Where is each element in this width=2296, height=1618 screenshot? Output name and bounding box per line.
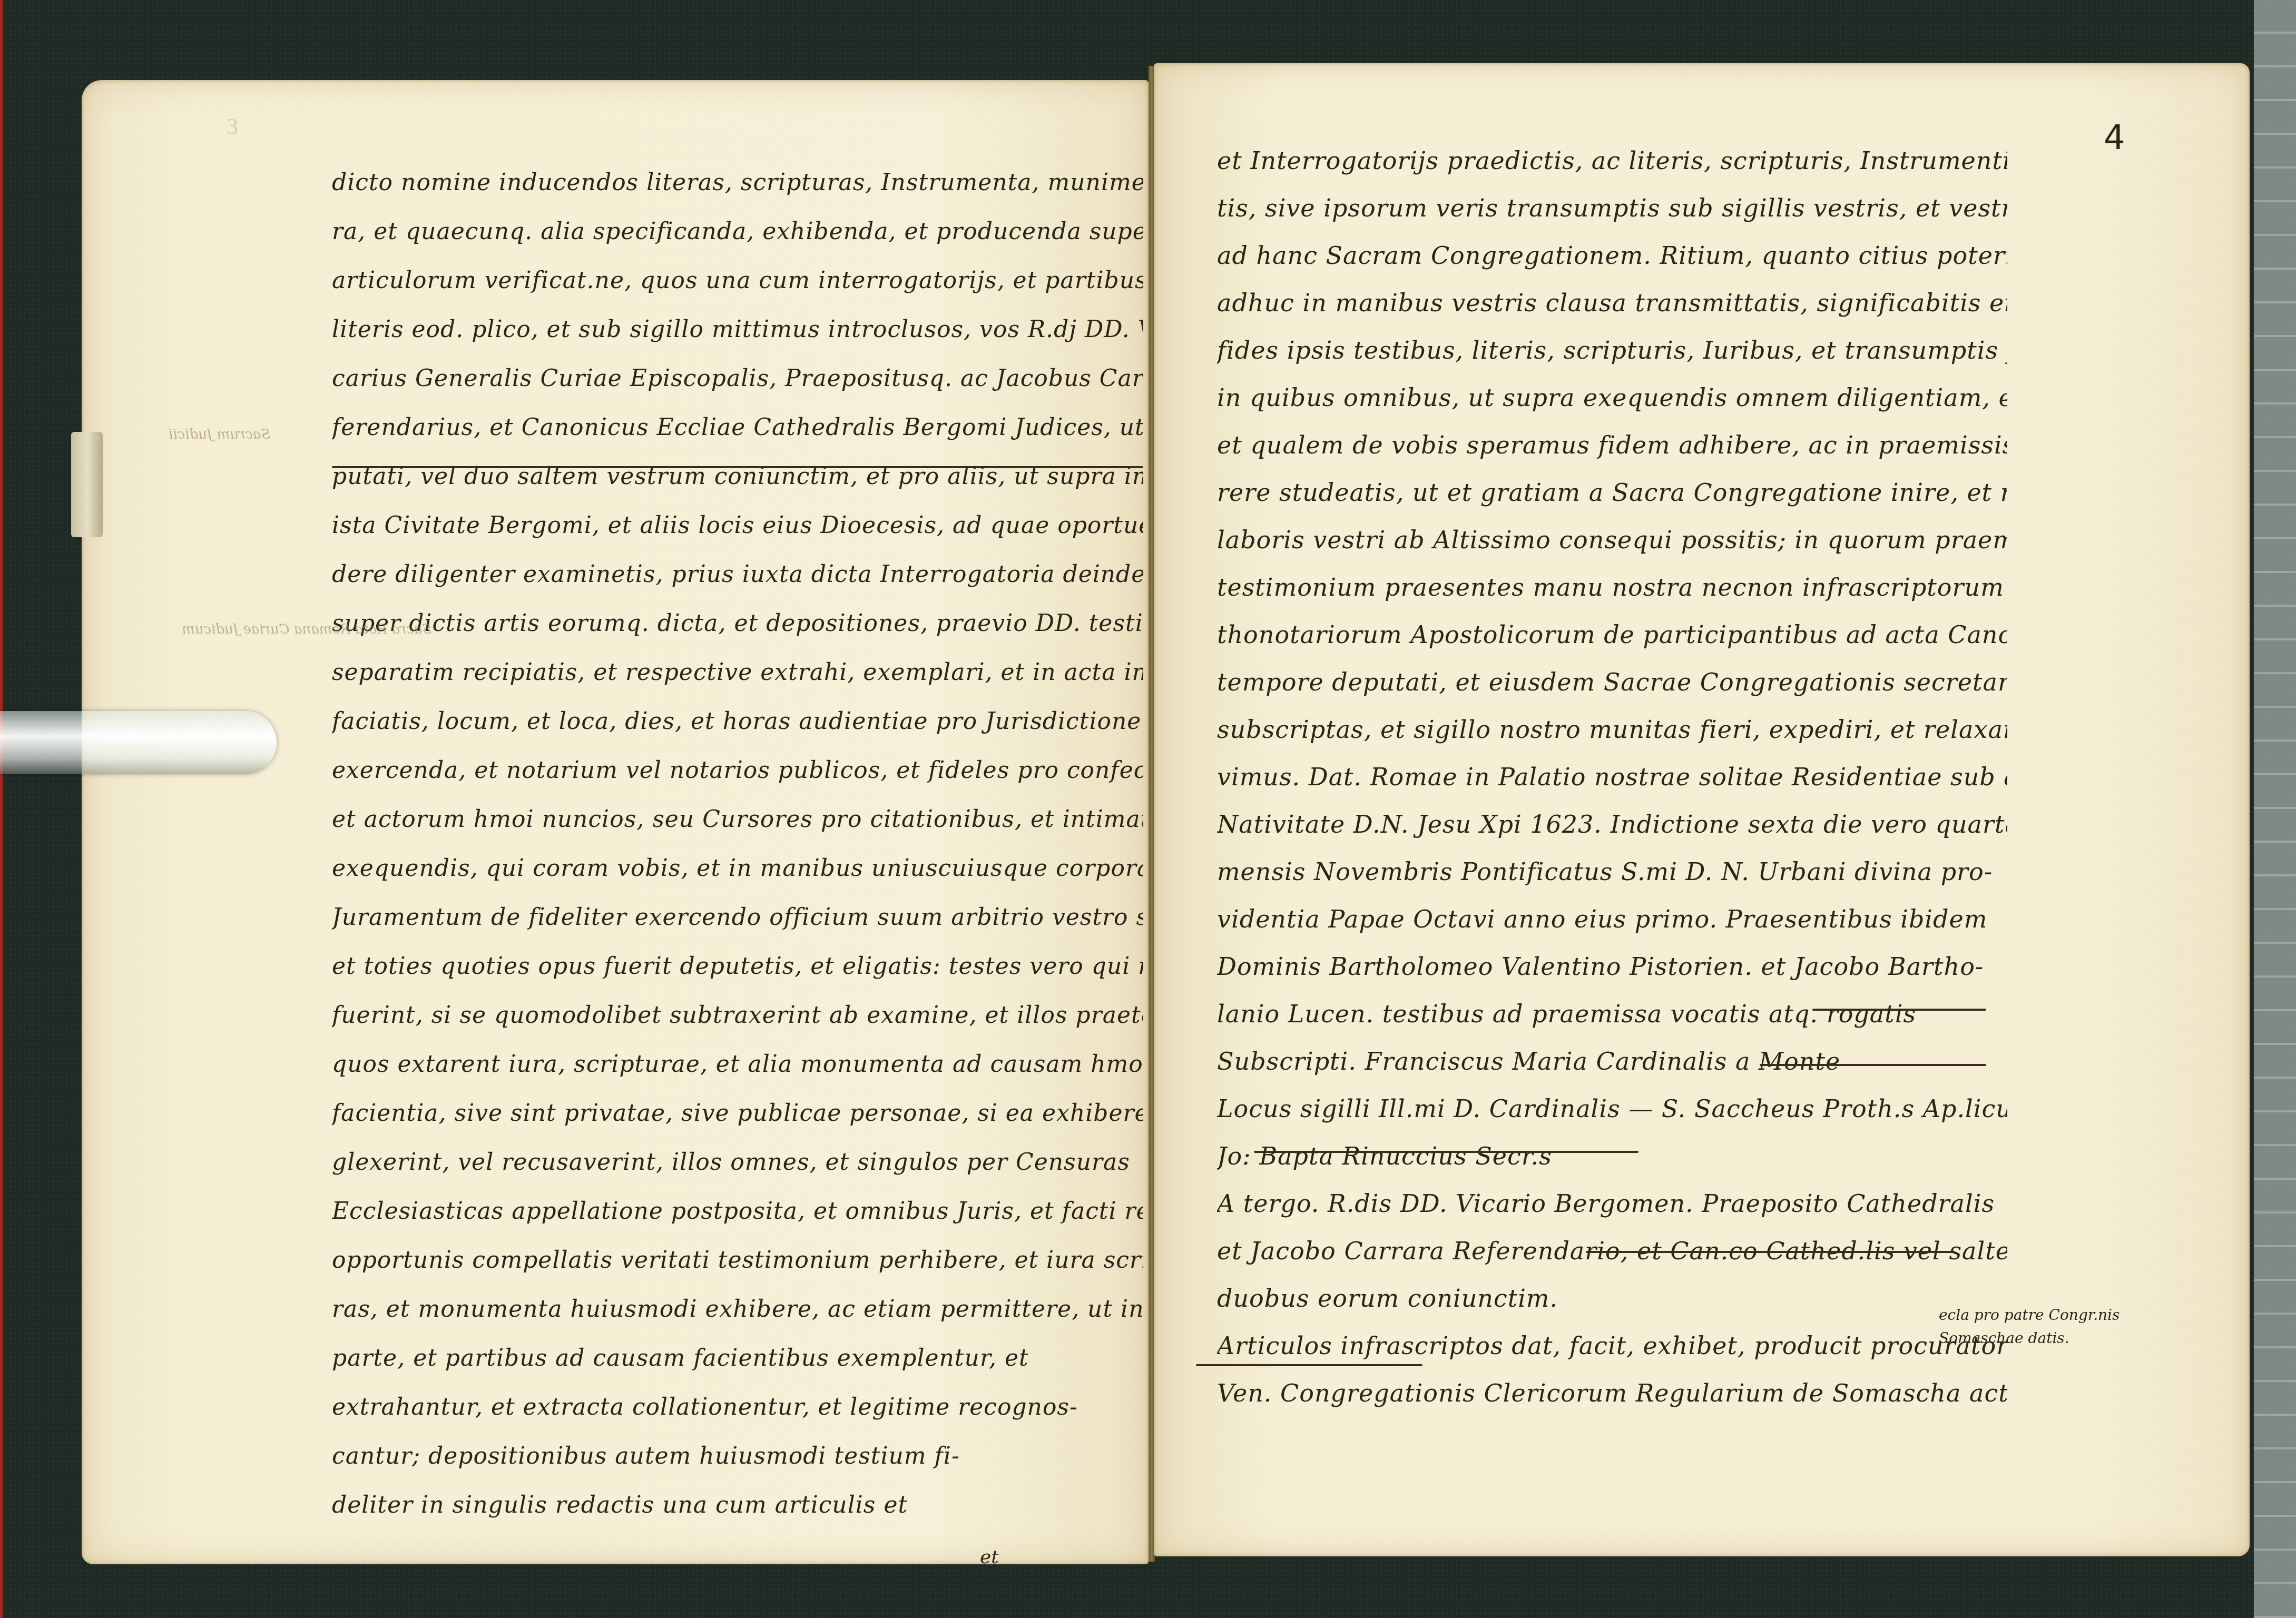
underline-rule: [332, 466, 1143, 468]
manuscript-line: videntia Papae Octavi anno eius primo. P…: [1217, 895, 2007, 943]
manuscript-line: Nativitate D.N. Jesu Xpi 1623. Indiction…: [1217, 801, 2007, 848]
manuscript-line: dere diligenter examinetis, prius iuxta …: [332, 550, 1143, 599]
flourish-rule: [1812, 1009, 1986, 1011]
manuscript-line: in quibus omnibus, ut supra exequendis o…: [1217, 374, 2007, 421]
flourish-rule: [1586, 1251, 1955, 1253]
catchword: et: [980, 1546, 999, 1569]
margin-note-bleedthrough: Sacrum Judicii: [169, 427, 270, 442]
manuscript-line: Juramentum de fideliter exercendo offici…: [332, 893, 1143, 942]
flourish-rule: [1760, 1064, 1986, 1066]
manuscript-line: rere studeatis, ut et gratiam a Sacra Co…: [1217, 469, 2007, 516]
manuscript-line: Locus sigilli Ill.mi D. Cardinalis — S. …: [1217, 1085, 2007, 1132]
scanner-edge-marker: [0, 0, 3, 1618]
manuscript-line: lanio Lucen. testibus ad praemissa vocat…: [1217, 990, 2007, 1038]
side-annotation-line: ecla pro patre Congr.nis: [1939, 1304, 2120, 1327]
manuscript-line: et Interrogatorijs praedictis, ac literi…: [1217, 137, 2007, 184]
manuscript-line: articulorum verificat.ne, quos una cum i…: [332, 256, 1143, 305]
manuscript-line: putati, vel duo saltem vestrum coniuncti…: [332, 452, 1143, 501]
manuscript-line: exequendis, qui coram vobis, et in manib…: [332, 844, 1143, 893]
glass-weight-rod: [0, 711, 277, 774]
manuscript-line: fides ipsis testibus, literis, scripturi…: [1217, 327, 2007, 374]
manuscript-line: glexerint, vel recusaverint, illos omnes…: [332, 1138, 1143, 1187]
manuscript-line: deliter in singulis redactis una cum art…: [332, 1481, 1143, 1530]
right-page-text: et Interrogatorijs praedictis, ac literi…: [1217, 137, 2007, 1417]
manuscript-line: subscriptas, et sigillo nostro munitas f…: [1217, 706, 2007, 753]
folio-number: 4: [2104, 119, 2125, 157]
manuscript-line: thonotariorum Apostolicorum de participa…: [1217, 611, 2007, 658]
manuscript-line: super dictis artis eorumq. dicta, et dep…: [332, 599, 1143, 648]
manuscript-line: opportunis compellatis veritati testimon…: [332, 1236, 1143, 1285]
manuscript-line: quos extarent iura, scripturae, et alia …: [332, 1040, 1143, 1089]
manuscript-line: cantur; depositionibus autem huiusmodi t…: [332, 1432, 1143, 1481]
underline-rule: [1196, 1364, 1422, 1366]
manuscript-line: tempore deputati, et eiusdem Sacrae Cong…: [1217, 658, 2007, 706]
manuscript-line: Articulos infrascriptos dat, facit, exhi…: [1217, 1322, 2007, 1369]
manuscript-line: duobus eorum coniunctim.: [1217, 1275, 2007, 1322]
manuscript-line: Jo: Bapta Rinuccius Secr.s: [1217, 1132, 2007, 1180]
manuscript-line: et actorum hmoi nuncios, seu Cursores pr…: [332, 795, 1143, 844]
manuscript-line: A tergo. R.dis DD. Vicario Bergomen. Pra…: [1217, 1180, 2007, 1227]
manuscript-line: vimus. Dat. Romae in Palatio nostrae sol…: [1217, 753, 2007, 801]
flourish-rule: [1254, 1151, 1638, 1153]
manuscript-line: carius Generalis Curiae Episcopalis, Pra…: [332, 354, 1143, 403]
manuscript-line: separatim recipiatis, et respective extr…: [332, 648, 1143, 697]
side-annotation: ecla pro patre Congr.nis Somaschae datis…: [1939, 1304, 2120, 1350]
manuscript-line: laboris vestri ab Altissimo consequi pos…: [1217, 516, 2007, 564]
side-annotation-line: Somaschae datis.: [1939, 1327, 2120, 1350]
paper-tab-clip: [71, 432, 103, 537]
manuscript-line: et qualem de vobis speramus fidem adhibe…: [1217, 421, 2007, 469]
manuscript-line: et toties quoties opus fuerit deputetis,…: [332, 942, 1143, 991]
manuscript-line: ad hanc Sacram Congregationem. Ritium, q…: [1217, 232, 2007, 279]
manuscript-line: Dominis Bartholomeo Valentino Pistorien.…: [1217, 943, 2007, 990]
manuscript-line: fuerint, si se quomodolibet subtraxerint…: [332, 991, 1143, 1040]
manuscript-line: extrahantur, et extracta collationentur,…: [332, 1383, 1143, 1432]
manuscript-line: testimonium praesentes manu nostra necno…: [1217, 564, 2007, 611]
manuscript-line: adhuc in manibus vestris clausa transmit…: [1217, 279, 2007, 327]
manuscript-line: ra, et quaecunq. alia specificanda, exhi…: [332, 207, 1143, 256]
left-page-text: dicto nomine inducendos literas, scriptu…: [332, 158, 1143, 1530]
ghost-folio-number: 3: [227, 113, 238, 140]
manuscript-line: Ecclesiasticas appellatione postposita, …: [332, 1187, 1143, 1236]
manuscript-line: mensis Novembris Pontificatus S.mi D. N.…: [1217, 848, 2007, 895]
manuscript-line: exercenda, et notarium vel notarios publ…: [332, 746, 1143, 795]
manuscript-line: tis, sive ipsorum veris transumptis sub …: [1217, 184, 2007, 232]
manuscript-line: ras, et monumenta huiusmodi exhibere, ac…: [332, 1285, 1143, 1334]
manuscript-line: literis eod. plico, et sub sigillo mitti…: [332, 305, 1143, 354]
manuscript-line: facientia, sive sint privatae, sive publ…: [332, 1089, 1143, 1138]
margin-note-bleedthrough: Sacra Rota Romana Curiae Judicum: [182, 621, 431, 637]
manuscript-line: Ven. Congregationis Clericorum Regulariu…: [1217, 1369, 2007, 1417]
manuscript-line: Subscripti. Franciscus Maria Cardinalis …: [1217, 1038, 2007, 1085]
manuscript-line: ista Civitate Bergomi, et aliis locis ei…: [332, 501, 1143, 550]
manuscript-line: faciatis, locum, et loca, dies, et horas…: [332, 697, 1143, 746]
manuscript-line: parte, et partibus ad causam facientibus…: [332, 1334, 1143, 1383]
manuscript-line: ferendarius, et Canonicus Eccliae Cathed…: [332, 403, 1143, 452]
scanner-ruler-strip: [2254, 0, 2296, 1618]
manuscript-line: dicto nomine inducendos literas, scriptu…: [332, 158, 1143, 207]
